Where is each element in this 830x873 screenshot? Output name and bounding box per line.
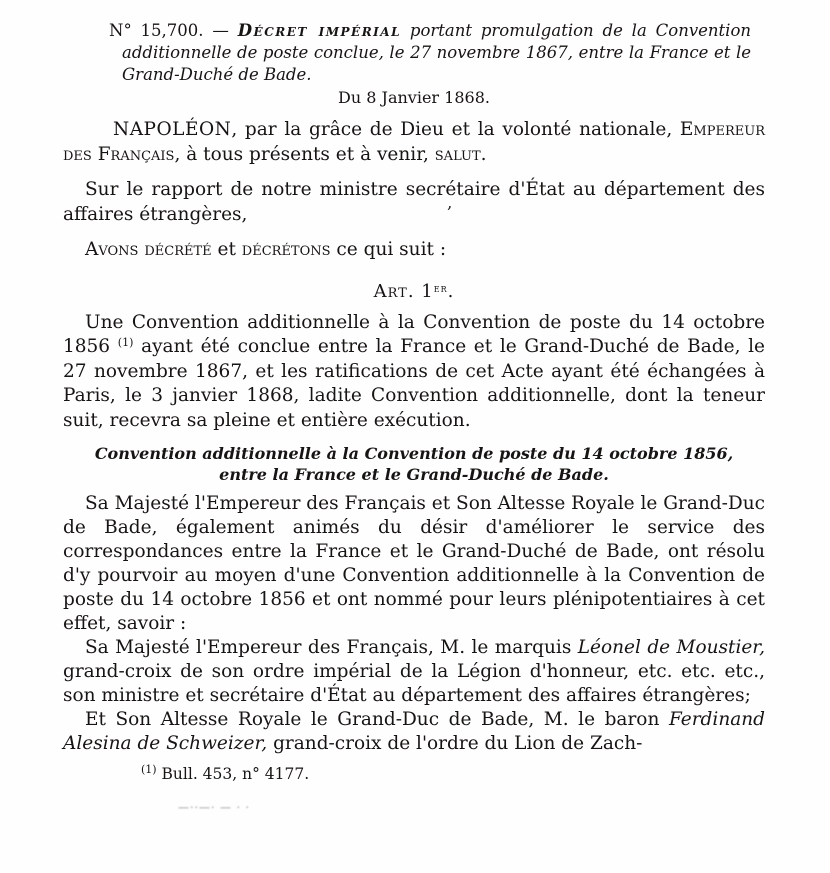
convention-heading: Convention additionnelle à la Convention… <box>89 443 739 485</box>
enact-decreed: Avons décrété <box>85 239 212 260</box>
enact-decree: décrétons <box>242 239 331 260</box>
french-plenipotentiary-titles: grand-croix de son ordre impérial de la … <box>63 661 765 706</box>
article-heading-period: . <box>448 281 455 302</box>
sovereign-name: NAPOLÉON <box>113 119 231 140</box>
footnote: (1) Bull. 453, n° 4177. <box>141 764 765 784</box>
baden-plenipotentiary-intro: Et Son Altesse Royale le Grand-Duc de Ba… <box>85 709 659 730</box>
article-ordinal-superscript: er <box>434 282 448 295</box>
article-text-after-note: ayant été conclue entre la France et le … <box>63 336 765 431</box>
footnote-marker: (1) <box>141 763 157 776</box>
baden-plenipotentiary-paragraph: Et Son Altesse Royale le Grand-Duc de Ba… <box>63 708 765 756</box>
preamble-royal-style: NAPOLÉON, par la grâce de Dieu et la vol… <box>63 118 765 167</box>
decree-header: N° 15,700. — Décret impérial portant pro… <box>63 20 751 86</box>
baden-plenipotentiary-titles: grand-croix de l'ordre du Lion de Zach- <box>273 733 642 754</box>
header-dash: — <box>212 21 229 40</box>
french-plenipotentiary-intro: Sa Majesté l'Empereur des Français, M. l… <box>85 637 571 658</box>
preamble-report: Sur le rapport de notre ministre secréta… <box>63 178 765 227</box>
article-label: Art. 1 <box>374 281 434 302</box>
article-1-heading: Art. 1er. <box>63 280 765 304</box>
article-1-body: Une Convention additionnelle à la Conven… <box>63 311 765 434</box>
decree-type: Décret impérial <box>238 21 401 40</box>
footnote-reference: (1) <box>118 336 134 349</box>
decree-date: Du 8 Janvier 1868. <box>63 88 765 108</box>
scan-artifact-smudge: —··—· — · · <box>178 801 250 814</box>
enact-follows: ce qui suit : <box>331 239 447 260</box>
scanned-document-page: N° 15,700. — Décret impérial portant pro… <box>0 0 830 873</box>
enact-and: et <box>212 239 242 260</box>
decree-number: N° 15,700. <box>109 21 204 40</box>
footnote-text: Bull. 453, n° 4177. <box>162 765 310 783</box>
address-text: , à tous présents et à venir, <box>174 144 434 165</box>
convention-parties-paragraph: Sa Majesté l'Empereur des Français et So… <box>63 492 765 636</box>
salut-word: salut. <box>435 144 487 165</box>
french-plenipotentiary-name: Léonel de Moustier, <box>578 637 765 658</box>
preamble-enactment: Avons décrété et décrétons ce qui suit : <box>63 238 765 263</box>
scan-artifact-mark: , <box>447 193 452 213</box>
french-plenipotentiary-paragraph: Sa Majesté l'Empereur des Français, M. l… <box>63 636 765 708</box>
page-content: N° 15,700. — Décret impérial portant pro… <box>63 20 765 784</box>
invocation-text: , par la grâce de Dieu et la volonté nat… <box>231 119 680 140</box>
